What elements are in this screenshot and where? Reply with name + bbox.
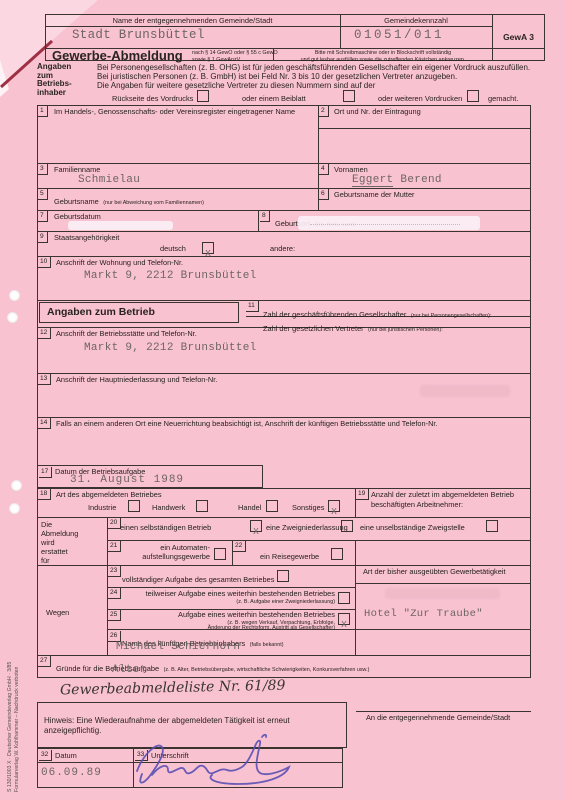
field-17-value: 31. August 1989 [70,475,184,486]
field-23-label: vollständiger Aufgabe des gesamten Betri… [122,576,274,584]
field-26-number: 26 [108,631,121,642]
field-22-number: 22 [233,541,246,552]
punch-hole [9,290,20,301]
field-25-label: Aufgabe eines weiterhin bestehenden Betr… [118,611,335,619]
intro-text: Bei Personengesellschaften (z. B. OHG) i… [97,63,530,90]
field-24-note: (z. B. Aufgabe einer Zweigniederlassung) [118,599,335,605]
field-14-number: 14 [38,418,51,429]
print-ghost [385,588,500,599]
field-14-label: Falls an einem anderen Ort eine Neuerric… [56,420,438,428]
field-6-label: Geburtsname der Mutter [334,191,415,199]
field-18-number: 18 [38,489,51,500]
recipient-label: An die entgegennehmende Gemeinde/Stadt [366,714,510,722]
intro-side-label: Angabenzum Betriebs-inhaber [37,63,72,98]
taetigkeit-label: Art der bisher ausgeübten Gewerbetätigke… [363,568,506,576]
punch-hole [11,480,22,491]
checkbox-handwerk[interactable] [196,500,208,512]
field-2-number: 2 [319,106,329,117]
field-5-label: Geburtsname (nur bei Abweichung vom Fami… [54,191,204,209]
field-18-option-sonstiges: Sonstiges [292,504,324,512]
checkbox-aufgabe-weiterhin[interactable]: X [338,613,350,625]
field-20-option-zweigstelle: eine unselbständige Zweigstelle [360,524,465,532]
punch-hole [7,312,18,323]
checkbox-sonstiges[interactable]: X [328,500,340,512]
field-18-option-handwerk: Handwerk [152,504,185,512]
field-17-number: 17 [39,467,52,478]
gewerbe-abmeldung-form: Name der entgegennehmenden Gemeinde/Stad… [0,0,566,800]
checkbox-vollstaendige-aufgabe[interactable] [277,570,289,582]
intro-option-vordrucken: oder weiteren Vordrucken [378,95,462,103]
field-4-number: 4 [319,164,329,175]
field-22-label: ein Reisegewerbe [260,553,319,561]
checkbox-deutsch[interactable]: X [202,242,214,254]
taetigkeit-value: Hotel "Zur Traube" [364,609,483,620]
field-13-number: 13 [38,374,51,385]
field-9-option-andere: andere: [270,245,295,253]
field-32-label: Datum [55,752,77,760]
field-9-label: Staatsangehörigkeit [54,234,119,242]
redaction-trace [310,224,460,225]
checkbox-reisegewerbe[interactable] [331,548,343,560]
checkbox-industrie[interactable] [128,500,140,512]
field-6-number: 6 [319,189,329,200]
field-1-label: Im Handels-, Genossenschafts- oder Verei… [54,108,295,116]
field-12-label: Anschrift der Betriebsstätte und Telefon… [56,330,197,338]
fill-instructions: Bitte mit Schreibmaschine oder in Blocks… [278,50,488,56]
field-11-line2: Zahl der gesetzlichen Vertreter (nur bei… [263,318,443,336]
field-3-label: Familienname [54,166,100,174]
field-4-value: EggertBerend [352,175,442,186]
signature-scrawl [125,727,305,797]
field-21-label: ein Automaten-aufstellungsgewerbe [122,543,210,561]
field-18-option-handel: Handel [238,504,261,512]
handwritten-register-note: Gewerbeabmeldeliste Nr. 61/89 [60,678,286,699]
field-7-label: Geburtsdatum [54,213,101,221]
kennzahl-label: Gemeindekennzahl [340,17,492,25]
field-20-option-zweigniederlassung: eine Zweigniederlassung [266,524,348,532]
print-ghost [420,385,510,397]
field-32-number: 32 [39,750,52,761]
intro-option-beiblatt: oder einem Beiblatt [242,95,306,103]
field-7-number: 7 [38,211,48,222]
intro-option-rueckseite: Rückseite des Vordrucks [112,95,193,103]
field-4-label: Vornamen [334,166,368,174]
redacted-birthplace [298,216,480,230]
field-27-label: Gründe für die Betriebsaufgabe (z. B. Al… [56,658,369,676]
field-8-number: 8 [260,211,270,222]
erstattet-fuer-label: DieAbmeldung wirderstattet für [41,520,78,565]
field-13-label: Anschrift der Hauptniederlassung und Tel… [56,376,217,384]
field-3-value: Schmielau [78,175,140,186]
field-26-value: Michael Schierhorn [116,642,240,653]
checkbox-handel[interactable] [266,500,278,512]
field-5-number: 5 [38,189,48,200]
wegen-label: Wegen [46,609,69,617]
redacted-birthdate [68,221,173,230]
field-1-number: 1 [38,106,48,117]
section-betrieb-title: Angaben zum Betrieb [47,307,155,318]
field-19-number: 19 [356,489,369,500]
field-27-value: Alter [112,665,147,676]
checkbox-automatenaufstellung[interactable] [214,548,226,560]
field-23-number: 23 [108,566,121,577]
checkbox-vordrucken[interactable] [467,90,479,102]
gemeinde-value: Stadt Brunsbüttel [72,30,205,41]
field-20-option-betrieb: einen selbständigen Betrieb [120,524,211,532]
field-24-label: teilweiser Aufgabe eines weiterhin beste… [118,590,335,598]
checkbox-teilweise-aufgabe[interactable] [338,592,350,604]
checkbox-rueckseite[interactable] [197,90,209,102]
checkbox-zweigstelle[interactable] [486,520,498,532]
field-27-number: 27 [38,656,51,667]
field-10-value: Markt 9, 2212 Brunsbüttel [84,271,257,282]
field-2-label: Ort und Nr. der Eintragung [334,108,421,116]
field-12-number: 12 [38,328,51,339]
field-12-value: Markt 9, 2212 Brunsbüttel [84,343,257,354]
field-11-number: 11 [246,301,259,312]
printer-imprint: S 130/1003 X · Deutscher Gemeindeverlag … [7,558,20,792]
title-note: nach § 14 GewO oder § 55 c GewO [192,50,278,56]
kennzahl-value: 01051/011 [354,30,444,41]
field-32-value: 06.09.89 [41,768,102,779]
checkbox-beiblatt[interactable] [343,90,355,102]
field-21-number: 21 [108,541,121,552]
field-10-label: Anschrift der Wohnung und Telefon-Nr. [56,259,183,267]
checkbox-selbstaendiger-betrieb[interactable]: X [250,520,262,532]
intro-option-gemacht: gemacht. [488,95,518,103]
checkbox-zweigniederlassung[interactable] [341,520,353,532]
field-10-number: 10 [38,257,51,268]
field-19-label: Anzahl der zuletzt im abgemeldeten Betri… [371,491,514,509]
field-18-label: Art des abgemeldeten Betriebes [56,491,162,499]
form-code: GewA 3 [492,32,545,42]
punch-hole [9,503,20,514]
field-9-option-deutsch: deutsch [160,245,186,253]
field-9-number: 9 [38,232,48,243]
field-3-number: 3 [38,164,48,175]
field-18-option-industrie: Industrie [88,504,116,512]
form-title: Gewerbe-Abmeldung [52,49,183,62]
gemeinde-label: Name der entgegennehmenden Gemeinde/Stad… [45,17,340,25]
